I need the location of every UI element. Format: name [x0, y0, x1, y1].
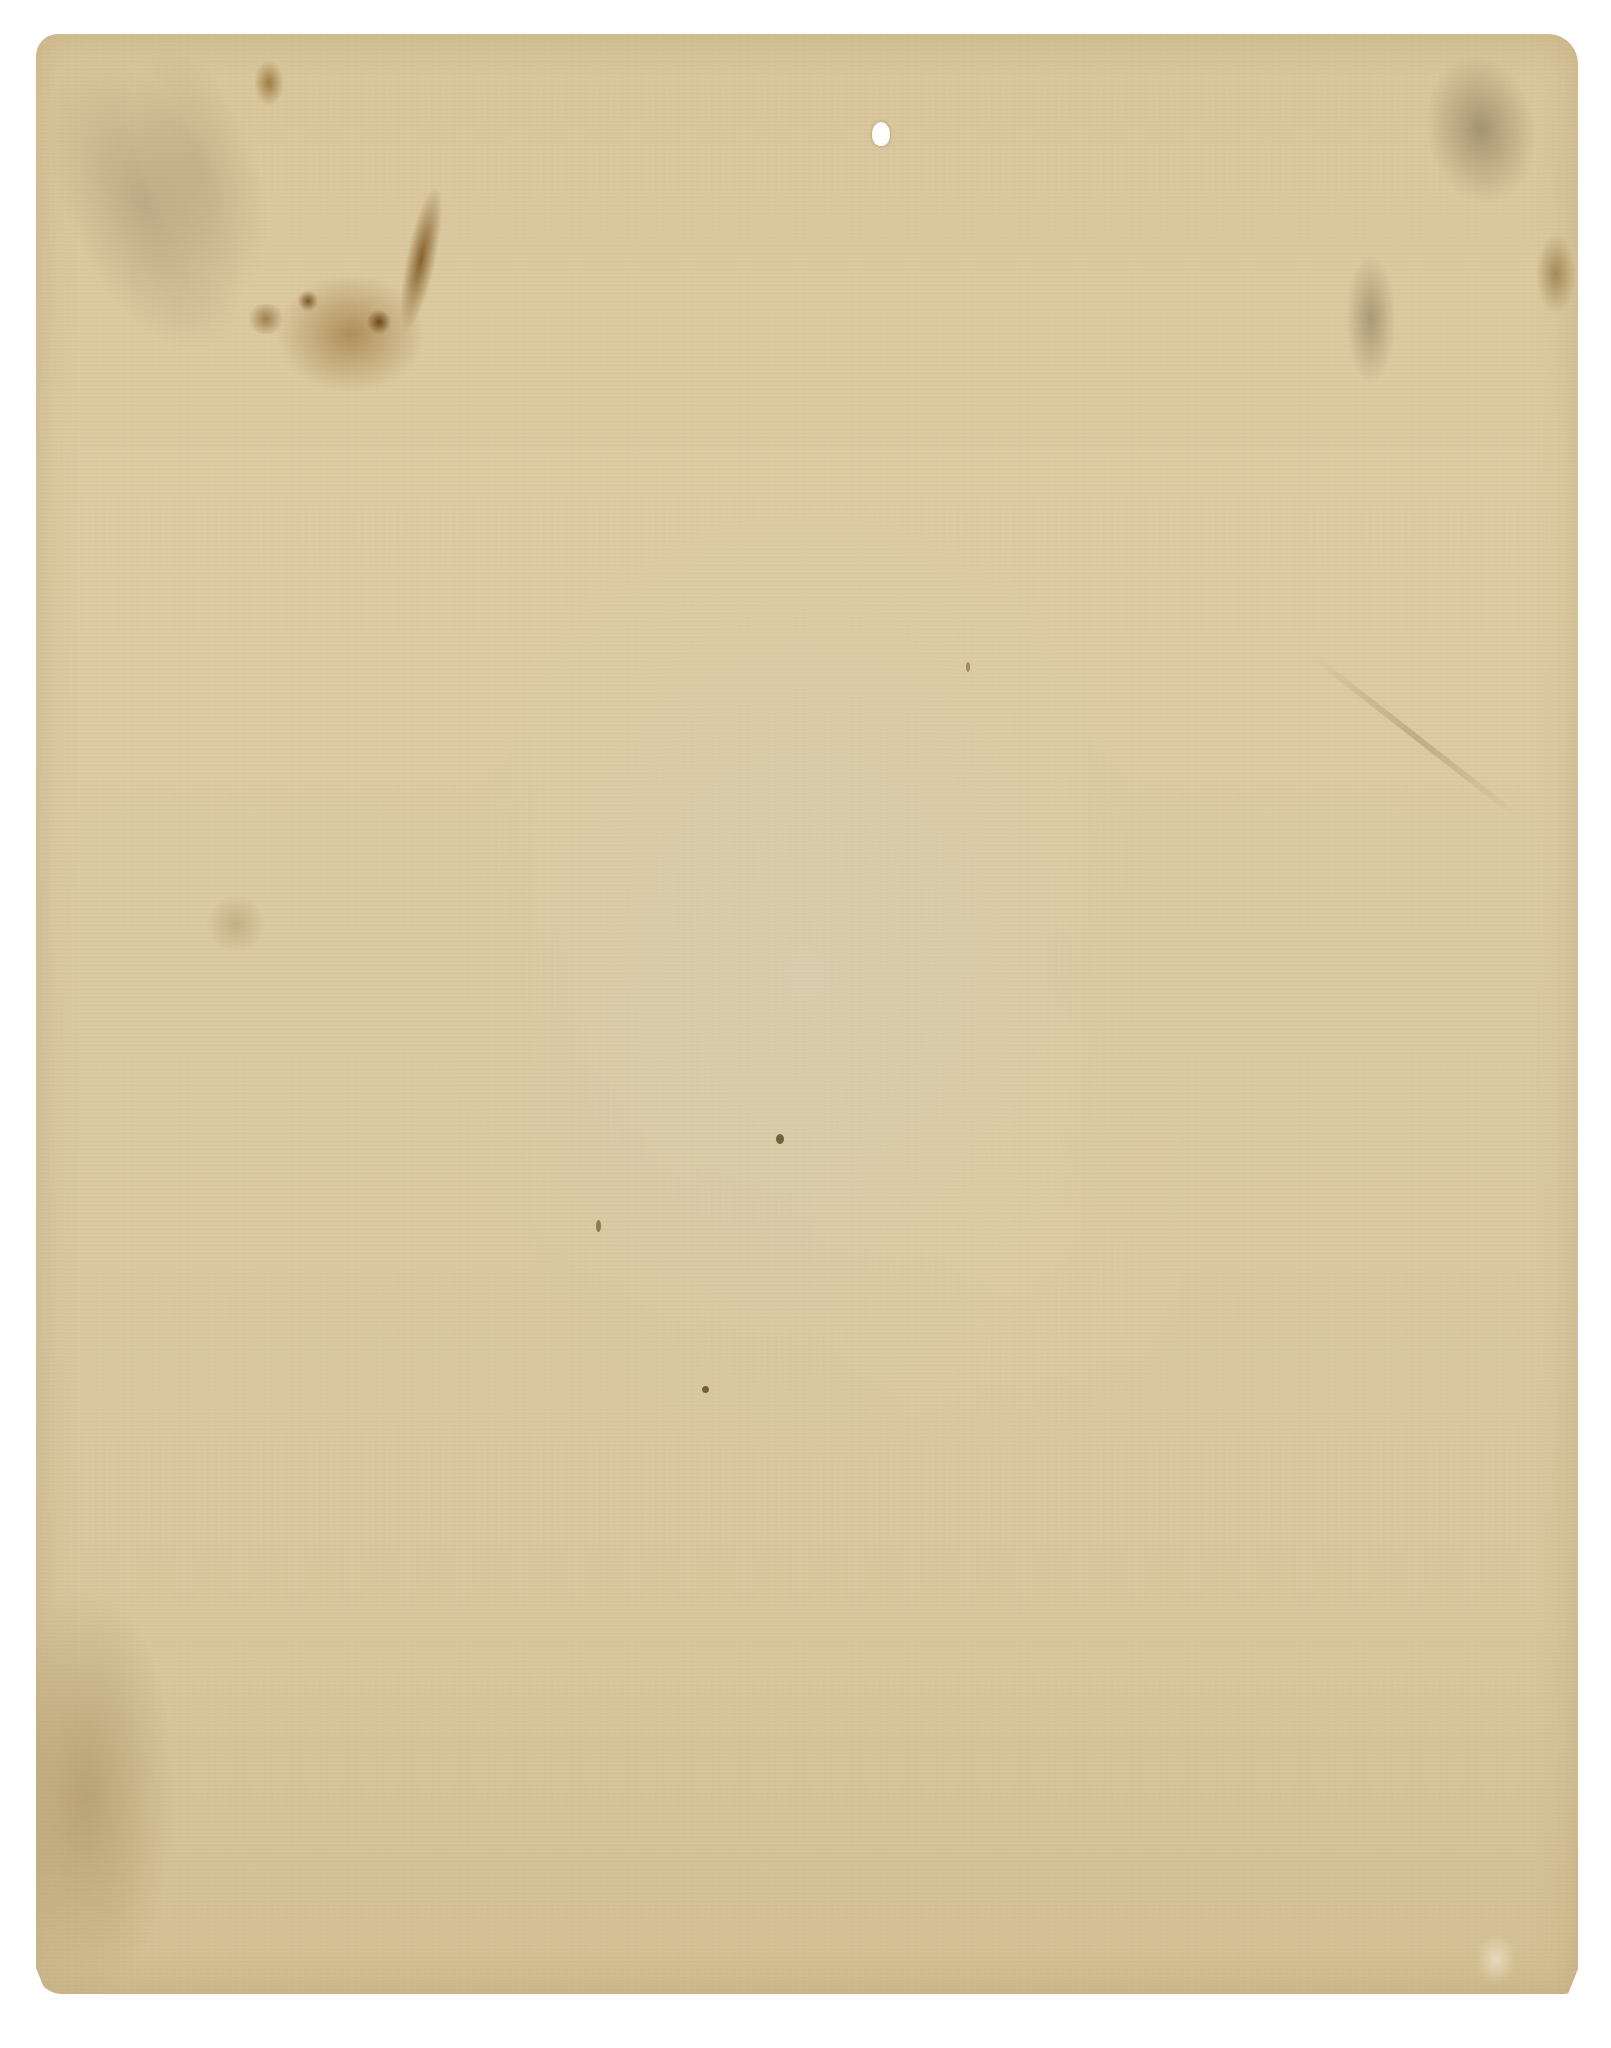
brown-spot-top-left: [254, 60, 284, 106]
spot-left-middle: [206, 894, 266, 954]
brown-stain-dot-2: [366, 310, 392, 334]
punched-hole: [872, 122, 890, 146]
brown-stain-dot-3: [246, 304, 286, 334]
water-stain-top-left-2: [105, 34, 297, 305]
speck-2: [702, 1386, 709, 1393]
brown-stain-cluster: [276, 274, 426, 394]
water-stain-top-left: [36, 34, 286, 383]
speck-4: [966, 662, 970, 672]
brown-stain-streak: [391, 183, 452, 336]
edge-discoloration-left: [36, 1584, 176, 1994]
crease-line-right: [1312, 655, 1521, 820]
brown-stain-right-edge: [1536, 234, 1576, 314]
water-stain-right-drip: [1346, 254, 1396, 384]
scan-background: [0, 0, 1611, 2048]
water-stain-top-right: [1414, 46, 1548, 213]
brown-stain-dot-1: [298, 290, 318, 312]
speck-3: [596, 1220, 601, 1232]
speck-1: [776, 1134, 784, 1144]
worn-spot-bottom-right: [1476, 1934, 1516, 1984]
aged-paper-card: [36, 34, 1578, 1994]
paper-grain-texture: [36, 34, 1578, 1994]
